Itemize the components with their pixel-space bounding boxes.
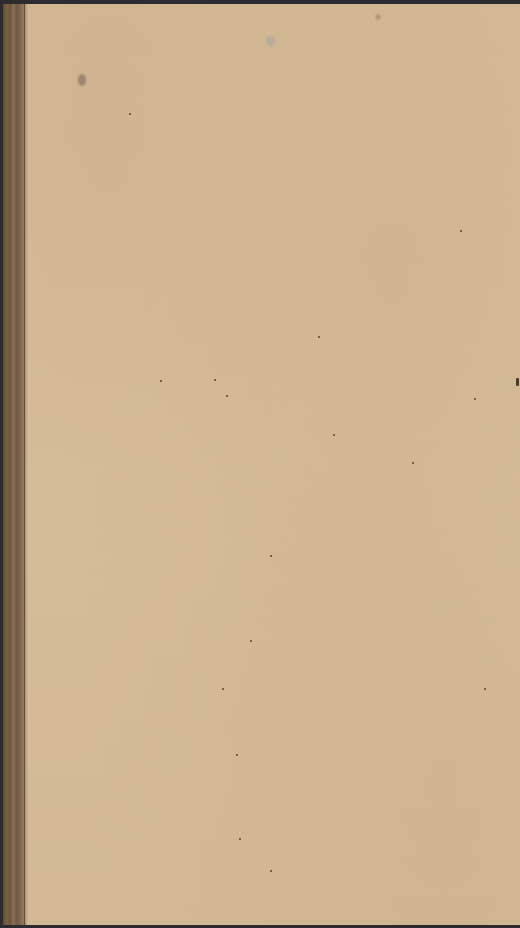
paper-speck	[270, 555, 272, 557]
paper-stain	[266, 36, 275, 46]
blank-book-page	[3, 4, 520, 925]
paper-speck	[460, 230, 462, 232]
paper-speck	[270, 870, 272, 872]
paper-speck	[160, 380, 162, 382]
paper-stain	[376, 14, 380, 20]
paper-speck	[222, 688, 224, 690]
paper-stain	[78, 74, 86, 86]
paper-speck	[236, 754, 238, 756]
paper-speck	[333, 434, 335, 436]
scan-background	[0, 0, 520, 928]
paper-speck	[484, 688, 486, 690]
paper-speck	[412, 462, 414, 464]
page-edge-strip	[3, 4, 25, 925]
paper-speck	[214, 379, 216, 381]
paper-speck	[239, 838, 241, 840]
paper-speck	[250, 640, 252, 642]
paper-speck	[129, 113, 131, 115]
paper-speck	[226, 395, 228, 397]
paper-speck	[474, 398, 476, 400]
page-edge-nick	[516, 378, 519, 386]
paper-speck	[318, 336, 320, 338]
